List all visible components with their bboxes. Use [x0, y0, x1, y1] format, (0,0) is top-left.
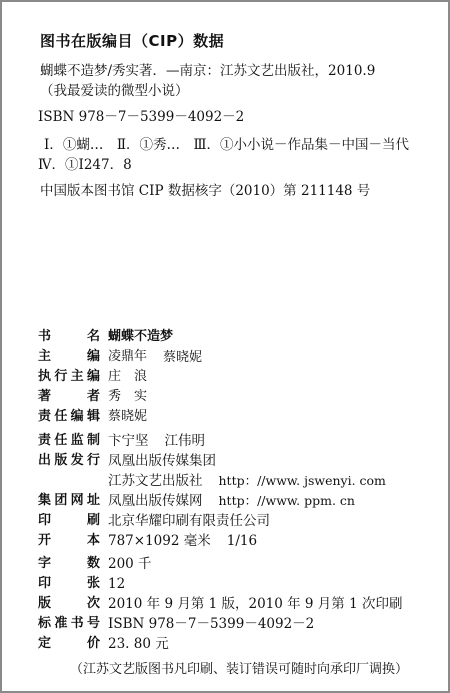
label-responsible-editor: 责任编辑: [38, 407, 100, 427]
value-word-count: 200 千: [108, 554, 152, 574]
colophon-row-title: 书名蝴蝶不造梦: [38, 327, 173, 347]
value-sheets: 12: [108, 574, 125, 594]
label-printer: 印刷: [38, 511, 100, 531]
label-edition: 版次: [38, 594, 100, 614]
colophon-row-format: 开本787×1092 毫米1/16: [38, 531, 257, 551]
colophon-row-printer: 印刷北京华耀印刷有限责任公司: [38, 511, 270, 531]
label-group-website: 集团网址: [38, 491, 100, 511]
cip-entry-line-2: （我最爱读的微型小说）: [40, 82, 189, 100]
colophon-row-publisher-imprint: 江苏文艺出版社http：//www. jswenyi. com: [38, 471, 386, 491]
colophon-row-publisher: 出版发行凤凰出版传媒集团: [38, 451, 216, 471]
colophon-row-sheets: 印张12: [38, 574, 125, 594]
replacement-notice: （江苏文艺版图书凡印刷、装订错误可随时向承印厂调换）: [70, 658, 408, 677]
colophon-row-edition: 版次2010 年 9 月第 1 版，2010 年 9 月第 1 次印刷: [38, 594, 402, 614]
value-chief-editor-2: 蔡晓妮: [163, 350, 202, 365]
label-production-supervisor: 责任监制: [38, 431, 100, 451]
cip-entry-line-1: 蝴蝶不造梦/秀实著．—南京：江苏文艺出版社，2010.9: [40, 62, 375, 80]
label-publisher: 出版发行: [38, 451, 100, 471]
colophon-row-responsible-editor: 责任编辑蔡晓妮: [38, 407, 147, 427]
colophon-row-price: 定价23. 80 元: [38, 634, 169, 654]
label-executive-editor: 执行主编: [38, 367, 100, 387]
cip-number: 中国版本图书馆 CIP 数据核字（2010）第 211148 号: [40, 182, 370, 200]
label-book-title: 书名: [38, 327, 100, 347]
group-url: http：//www. ppm. cn: [219, 491, 355, 511]
colophon-row-word-count: 字数200 千: [38, 554, 152, 574]
value-publisher-imprint: 江苏文艺出版社: [108, 471, 203, 491]
cip-subject-line-2: Ⅳ．①I247．8: [38, 156, 132, 174]
value-responsible-editor: 蔡晓妮: [108, 407, 147, 427]
colophon-row-author: 著者秀 实: [38, 387, 147, 407]
value-book-title: 蝴蝶不造梦: [108, 327, 173, 347]
colophon-row-executive-editor: 执行主编庄 浪: [38, 367, 147, 387]
value-chief-editor-1: 凌鼎年: [108, 347, 147, 367]
value-group-website: 凤凰出版传媒网: [108, 491, 203, 511]
label-format: 开本: [38, 531, 100, 551]
value-price: 23. 80 元: [108, 634, 169, 654]
value-publisher: 凤凰出版传媒集团: [108, 451, 216, 471]
cip-title: 图书在版编目（CIP）数据: [40, 32, 224, 50]
value-printer: 北京华耀印刷有限责任公司: [108, 511, 270, 531]
copyright-page: 图书在版编目（CIP）数据 蝴蝶不造梦/秀实著．—南京：江苏文艺出版社，2010…: [0, 0, 450, 693]
value-production-supervisor-2: 江伟明: [165, 433, 206, 449]
label-isbn: 标准书号: [38, 614, 100, 634]
label-author: 著者: [38, 387, 100, 407]
value-author: 秀 实: [108, 387, 147, 407]
label-chief-editor: 主编: [38, 347, 100, 367]
colophon-row-production-supervisor: 责任监制卞宁坚江伟明: [38, 431, 205, 451]
value-executive-editor: 庄 浪: [108, 367, 147, 387]
value-format-fold: 1/16: [227, 533, 257, 549]
colophon-row-group-website: 集团网址凤凰出版传媒网http：//www. ppm. cn: [38, 491, 355, 511]
cip-isbn: ISBN 978－7－5399－4092－2: [38, 108, 244, 126]
label-word-count: 字数: [38, 554, 100, 574]
cip-subject-line-1: Ⅰ．①蝴… Ⅱ．①秀… Ⅲ．①小小说－作品集－中国－当代: [44, 136, 409, 154]
value-edition: 2010 年 9 月第 1 版，2010 年 9 月第 1 次印刷: [108, 594, 402, 614]
value-isbn: ISBN 978－7－5399－4092－2: [108, 614, 314, 634]
label-price: 定价: [38, 634, 100, 654]
colophon-row-chief-editor: 主编凌鼎年蔡晓妮: [38, 347, 202, 367]
value-production-supervisor-1: 卞宁坚: [108, 431, 149, 451]
colophon-row-isbn: 标准书号ISBN 978－7－5399－4092－2: [38, 614, 314, 634]
imprint-url: http：//www. jswenyi. com: [219, 471, 386, 491]
label-sheets: 印张: [38, 574, 100, 594]
value-format: 787×1092 毫米: [108, 531, 211, 551]
